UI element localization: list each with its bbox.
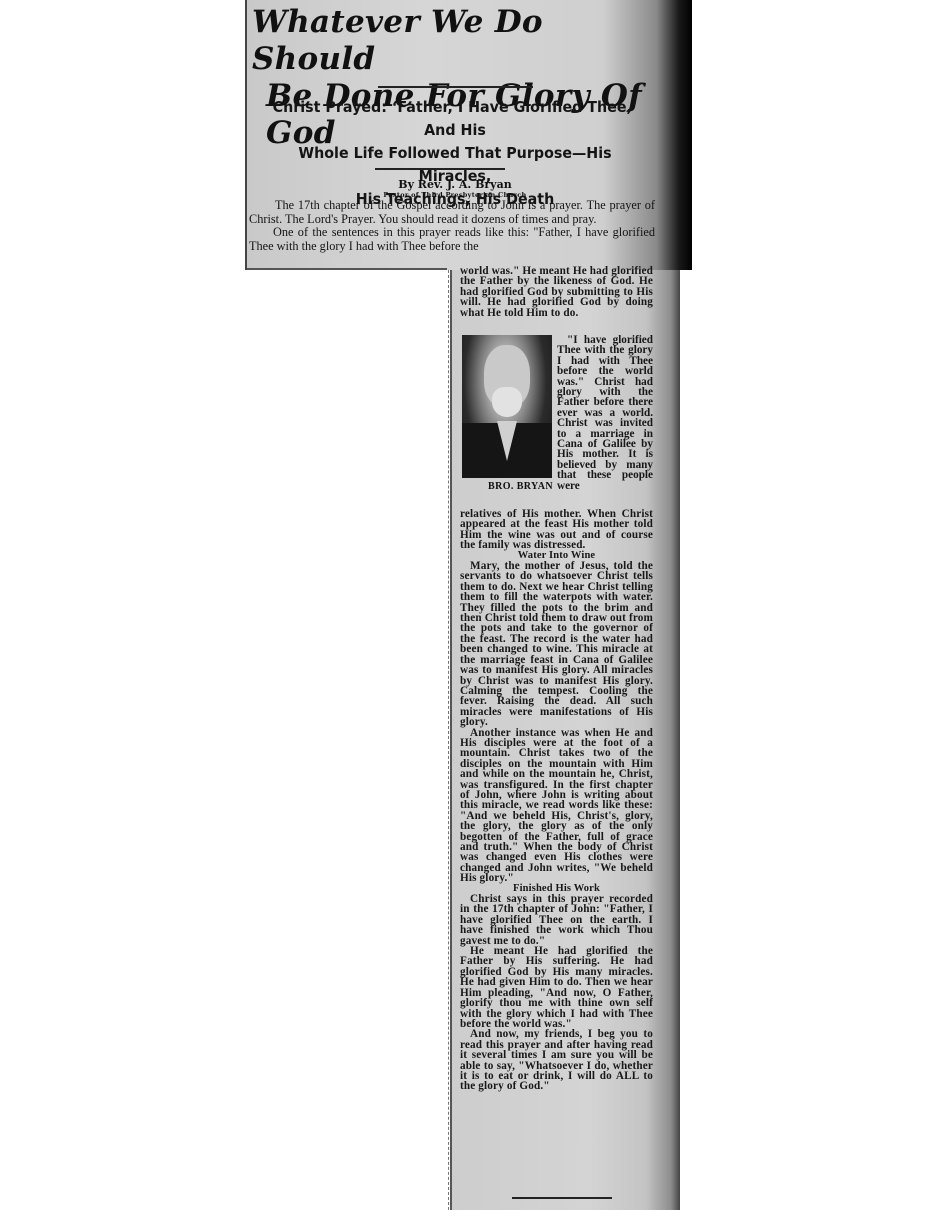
paragraph: Christ says in this prayer recorded in t… <box>460 894 653 946</box>
subheadline-line: Christ Prayed: ‘Father, I Have Glorified… <box>266 96 643 142</box>
intro-text: The 17th chapter of the Gospel according… <box>249 199 655 253</box>
paragraph: Mary, the mother of Jesus, told the serv… <box>460 561 653 728</box>
headline-line: Whatever We Do Should <box>252 4 652 78</box>
paragraph: relatives of His mother. When Christ app… <box>460 509 653 551</box>
photo-beard-shape <box>492 387 522 417</box>
divider-rule <box>378 86 533 88</box>
paragraph: world was." He meant He had glorified th… <box>460 266 653 318</box>
column-body: relatives of His mother. When Christ app… <box>460 509 653 1092</box>
paragraph: One of the sentences in this prayer read… <box>249 226 655 253</box>
column-continuation: world was." He meant He had glorified th… <box>460 266 653 318</box>
paragraph: And now, my friends, I beg you to read t… <box>460 1029 653 1091</box>
paragraph: "I have glorified Thee with the glory I … <box>557 335 653 491</box>
photo-caption: BRO. BRYAN <box>463 481 553 492</box>
end-rule <box>512 1197 612 1199</box>
author-photo <box>462 335 552 478</box>
paragraph: He meant He had glorified the Father by … <box>460 946 653 1029</box>
photo-wrap-text: "I have glorified Thee with the glory I … <box>557 335 653 491</box>
divider-rule <box>247 268 447 270</box>
divider-rule <box>375 168 505 170</box>
paragraph: The 17th chapter of the Gospel according… <box>249 199 655 226</box>
byline: By Rev. J. A. Bryan <box>245 178 665 191</box>
paragraph: Another instance was when He and His dis… <box>460 728 653 884</box>
